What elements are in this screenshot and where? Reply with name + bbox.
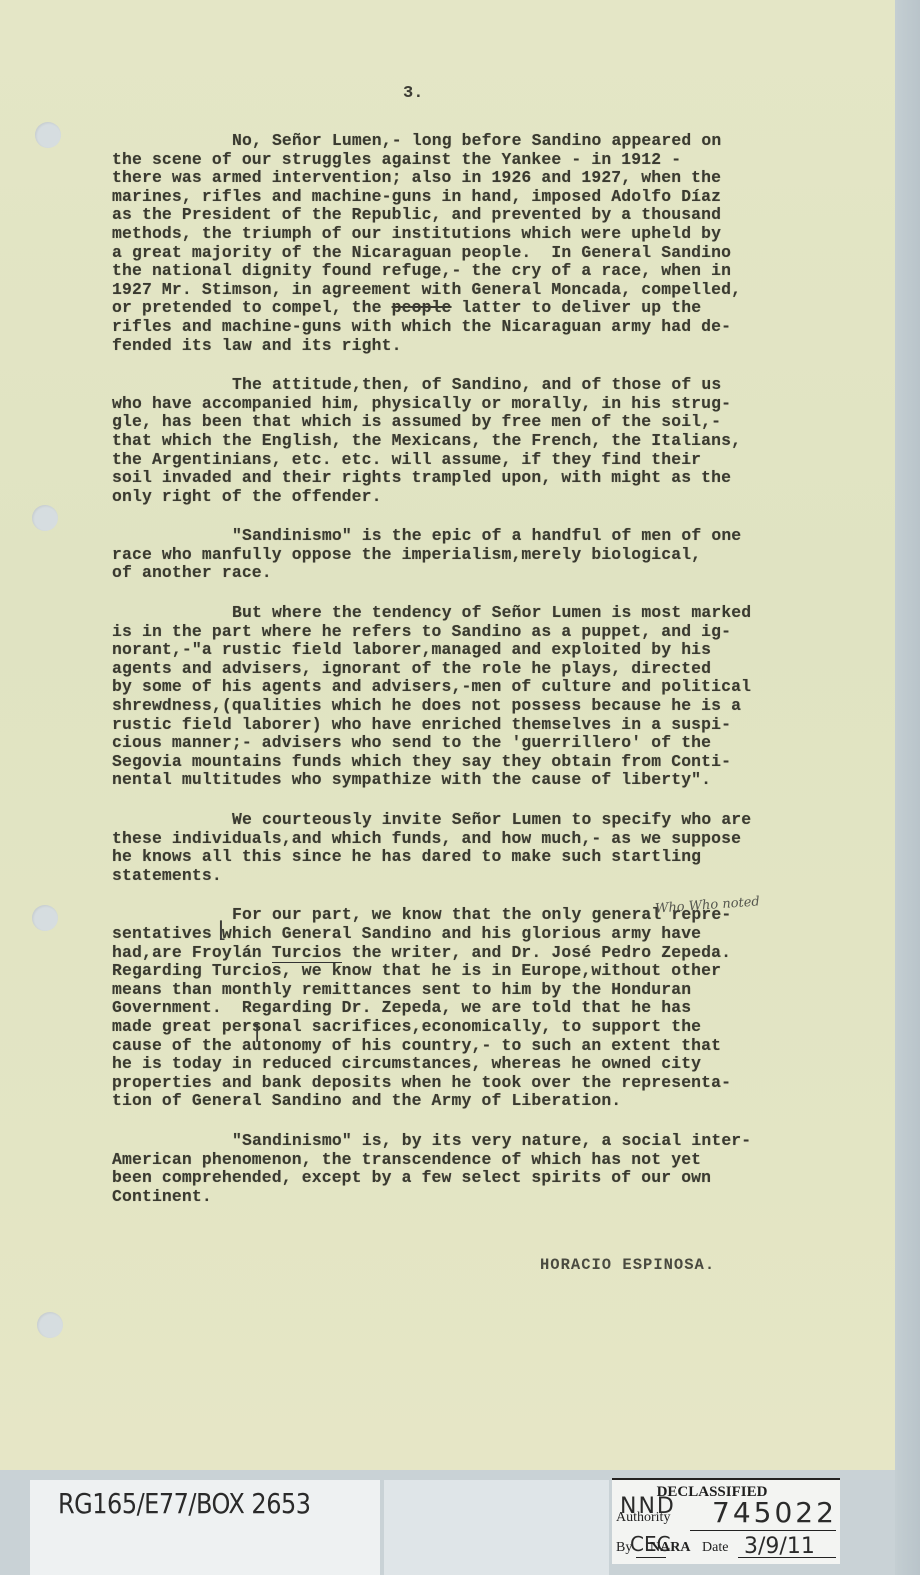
- background-edge: [895, 0, 920, 1575]
- struck-word: people: [392, 298, 452, 317]
- text-line: rustic field laborer) who have enriched …: [112, 716, 872, 735]
- text-line: had,are Froylán Turcios the writer, and …: [112, 944, 872, 963]
- paragraph: "Sandinismo" is, by its very nature, a s…: [112, 1132, 872, 1206]
- text-line: that which the English, the Mexicans, th…: [112, 432, 872, 451]
- text-line: there was armed intervention; also in 19…: [112, 169, 872, 188]
- text-line: the national dignity found refuge,- the …: [112, 262, 872, 281]
- bracket-mark-open: ⌊: [218, 918, 227, 943]
- text-line: these individuals,and which funds, and h…: [112, 830, 872, 849]
- text-line: fended its law and its right.: [112, 337, 872, 356]
- text-line: been comprehended, except by a few selec…: [112, 1169, 872, 1188]
- paragraph: No, Señor Lumen,- long before Sandino ap…: [112, 132, 872, 355]
- text-line: as the President of the Republic, and pr…: [112, 206, 872, 225]
- text-line: he is today in reduced circumstances, wh…: [112, 1055, 872, 1074]
- blank-card: [384, 1480, 609, 1575]
- text-line: properties and bank deposits when he too…: [112, 1074, 872, 1093]
- punch-hole: [37, 1312, 63, 1338]
- by-line: [636, 1557, 666, 1558]
- signature: HORACIO ESPINOSA.: [540, 1256, 715, 1274]
- page-number: 3.: [403, 84, 423, 103]
- document-page: 3. No, Señor Lumen,- long before Sandino…: [0, 0, 895, 1470]
- date-line: [738, 1557, 836, 1558]
- text-line: soil invaded and their rights trampled u…: [112, 469, 872, 488]
- text-line: cause of the autonomy of his country,- t…: [112, 1037, 872, 1056]
- bracket-mark-close: ⌉: [252, 1020, 260, 1044]
- archive-label-card: RG165/E77/BOX 2653: [30, 1480, 380, 1575]
- text-line: he knows all this since he has dared to …: [112, 848, 872, 867]
- text-line: of another race.: [112, 564, 872, 583]
- text-line: We courteously invite Señor Lumen to spe…: [112, 811, 872, 830]
- text-line: 1927 Mr. Stimson, in agreement with Gene…: [112, 281, 872, 300]
- text-line: norant,-"a rustic field laborer,managed …: [112, 641, 872, 660]
- text-line: is in the part where he refers to Sandin…: [112, 623, 872, 642]
- paragraph: The attitude,then, of Sandino, and of th…: [112, 376, 872, 506]
- text-line: But where the tendency of Señor Lumen is…: [112, 604, 872, 623]
- punch-hole: [35, 122, 61, 148]
- text-line: by some of his agents and advisers,-men …: [112, 678, 872, 697]
- archive-label-text: RG165/E77/BOX 2653: [58, 1488, 311, 1520]
- text-line: agents and advisers, ignorant of the rol…: [112, 660, 872, 679]
- text-line: Government. Regarding Dr. Zepeda, we are…: [112, 999, 872, 1018]
- date-label: Date: [702, 1540, 728, 1556]
- text-line: only right of the offender.: [112, 488, 872, 507]
- text-line: Segovia mountains funds which they say t…: [112, 753, 872, 772]
- text-line: race who manfully oppose the imperialism…: [112, 546, 872, 565]
- text-line: gle, has been that which is assumed by f…: [112, 413, 872, 432]
- authority-label: Authority: [616, 1510, 670, 1526]
- underlined-name: Turcios: [272, 943, 342, 963]
- text-line: a great majority of the Nicaraguan peopl…: [112, 244, 872, 263]
- text-line: Continent.: [112, 1188, 872, 1207]
- text-line: statements.: [112, 867, 872, 886]
- text-line: The attitude,then, of Sandino, and of th…: [112, 376, 872, 395]
- text-line: the scene of our struggles against the Y…: [112, 151, 872, 170]
- punch-hole: [32, 905, 58, 931]
- text-line: No, Señor Lumen,- long before Sandino ap…: [112, 132, 872, 151]
- paragraph: But where the tendency of Señor Lumen is…: [112, 604, 872, 790]
- text-line: Regarding Turcios, we know that he is in…: [112, 962, 872, 981]
- paragraph: We courteously invite Señor Lumen to spe…: [112, 811, 872, 885]
- document-body: No, Señor Lumen,- long before Sandino ap…: [112, 132, 872, 1227]
- text-line: "Sandinismo" is the epic of a handful of…: [112, 527, 872, 546]
- authority-line: [690, 1530, 836, 1531]
- declassification-stamp: DECLASSIFIED NND 745022 Authority By CEC…: [612, 1478, 840, 1564]
- text-line: marines, rifles and machine-guns in hand…: [112, 188, 872, 207]
- text-line: cious manner;- advisers who send to the …: [112, 734, 872, 753]
- nara-label: NARA: [650, 1540, 690, 1556]
- text-line: tion of General Sandino and the Army of …: [112, 1092, 872, 1111]
- text-line: rifles and machine-guns with which the N…: [112, 318, 872, 337]
- text-line: made great personal sacrifices,economica…: [112, 1018, 872, 1037]
- paragraph: "Sandinismo" is the epic of a handful of…: [112, 527, 872, 583]
- punch-hole: [32, 505, 58, 531]
- text-line: nental multitudes who sympathize with th…: [112, 771, 872, 790]
- date-handwritten: 3/9/11: [744, 1534, 815, 1559]
- text-line: who have accompanied him, physically or …: [112, 395, 872, 414]
- text-line: means than monthly remittances sent to h…: [112, 981, 872, 1000]
- text-line: "Sandinismo" is, by its very nature, a s…: [112, 1132, 872, 1151]
- text-line: the Argentinians, etc. etc. will assume,…: [112, 451, 872, 470]
- text-line: methods, the triumph of our institutions…: [112, 225, 872, 244]
- text-line: American phenomenon, the transcendence o…: [112, 1151, 872, 1170]
- authority-handwritten-number: 745022: [712, 1496, 837, 1529]
- text-line: or pretended to compel, the people latte…: [112, 299, 872, 318]
- text-line: shrewdness,(qualities which he does not …: [112, 697, 872, 716]
